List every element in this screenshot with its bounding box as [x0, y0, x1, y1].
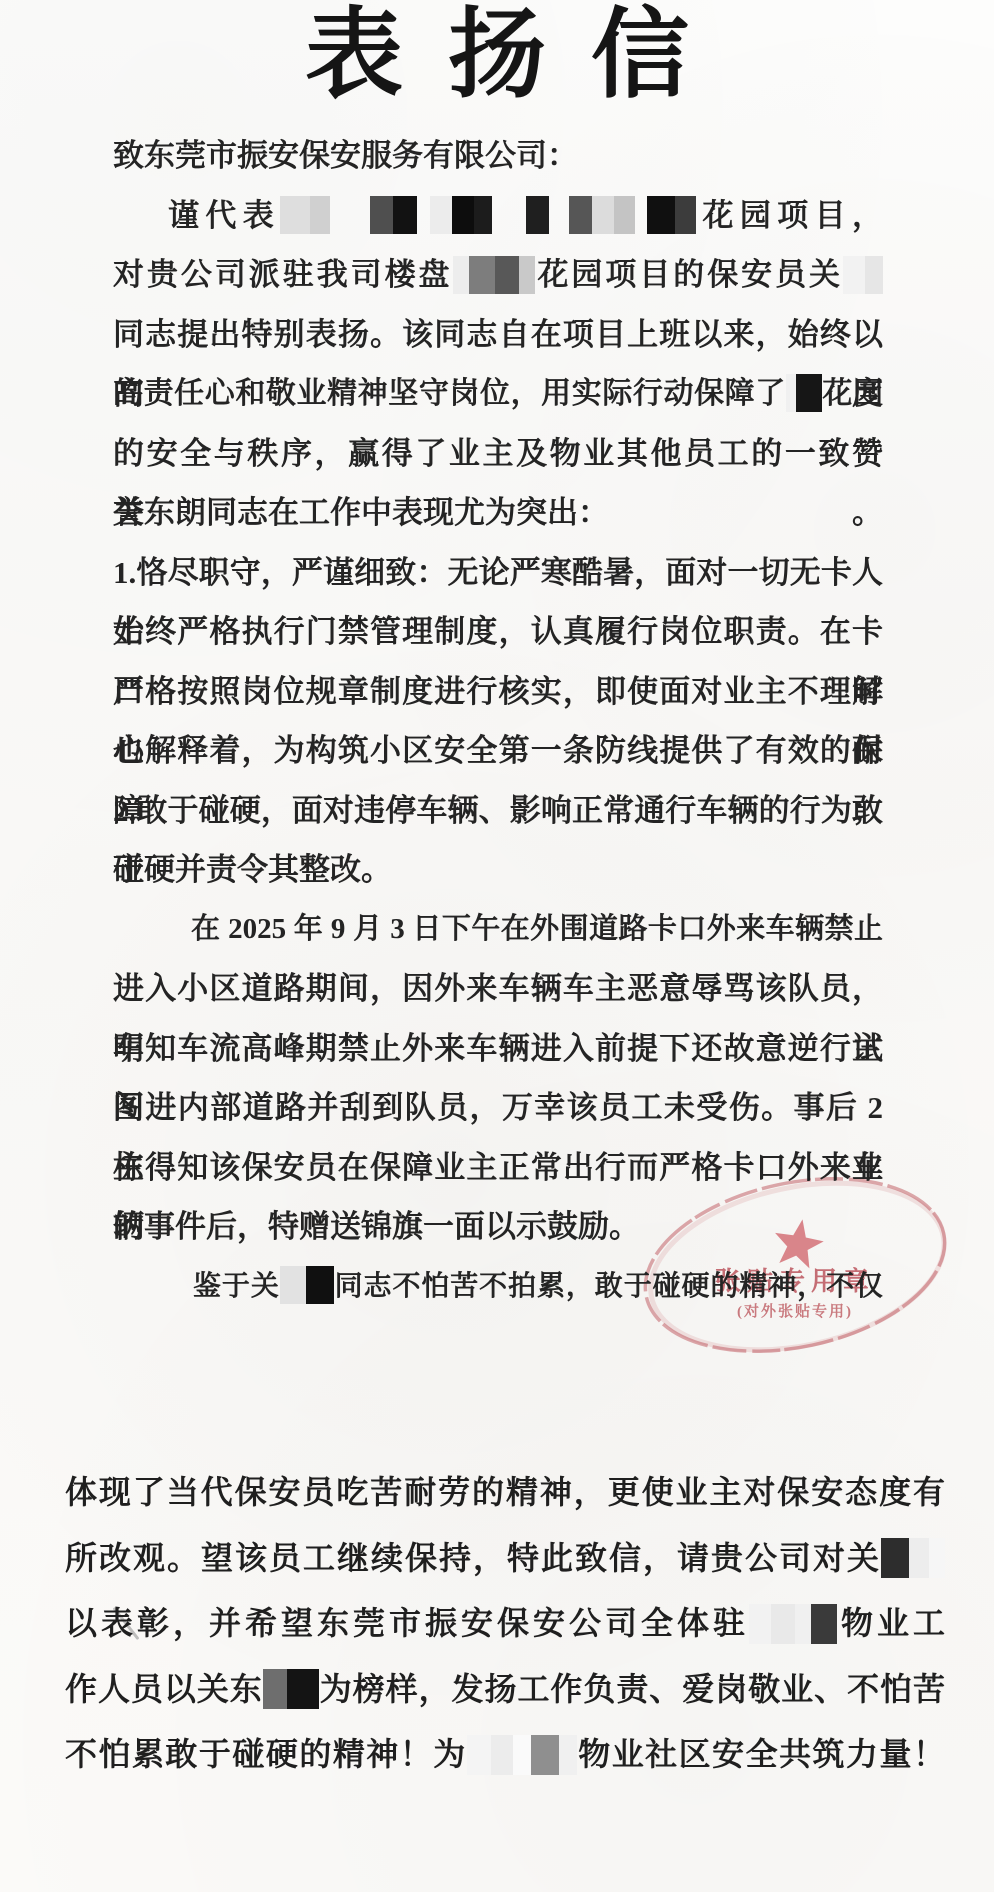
line-text: 在 2025 年 9 月 3 日下午在外围道路卡口外来车辆禁止 — [191, 913, 883, 945]
redaction-mosaic — [263, 1669, 319, 1709]
line-text: 关东朗同志在工作中表现尤为突出： — [113, 495, 609, 530]
line-text: 花园项目， — [696, 198, 883, 233]
line-text: 碰硬并责令其整改。 — [113, 852, 392, 887]
line-text: 花园 — [822, 377, 883, 410]
letter-line: 谨代表花园项目， — [113, 186, 883, 246]
letter-line: 不怕累敢于碰硬的精神！为物业社区安全共筑力量！ — [65, 1722, 945, 1788]
redaction-mosaic — [467, 1735, 577, 1775]
letter-line: 进入小区道路期间，因外来车辆车主恶意辱骂该队员，车主 — [113, 959, 883, 1019]
letter-line: 的事件后，特赠送锦旗一面以示鼓励。 — [113, 1197, 883, 1257]
line-text: 鉴于关 — [193, 1271, 280, 1302]
line-text: 谨代表 — [168, 198, 280, 233]
letter-line: 闯进内部道路并刮到队员，万幸该员工未受伤。事后 2 栋业 — [113, 1078, 883, 1138]
letter-line: 作人员以关东为榜样，发扬工作负责、爱岗敬业、不怕苦 — [65, 1657, 945, 1723]
line-text: 体现了当代保安员吃苦耐劳的精神，更使业主对保安态度有 — [65, 1474, 945, 1510]
line-text: 花园项目的保安员关 — [535, 257, 844, 292]
letter-line: 关东朗同志在工作中表现尤为突出： — [113, 483, 883, 543]
letter-line: 主得知该保安员在保障业主正常出行而严格卡口外来车辆 — [113, 1138, 883, 1198]
line-text: 对贵公司派驻我司楼盘 — [113, 257, 453, 292]
letter-line: 鉴于关同志不怕苦不拍累，敢于碰硬的精神，不仅 — [113, 1257, 883, 1317]
letter-line: 碰硬并责令其整改。 — [113, 840, 883, 900]
line-text: 为榜样，发扬工作负责、爱岗敬业、不怕苦 — [319, 1671, 945, 1707]
line-text: 致东莞市振安保安服务有限公司： — [113, 138, 578, 173]
letter-line: 在 2025 年 9 月 3 日下午在外围道路卡口外来车辆禁止 — [113, 900, 883, 960]
line-text: 以表彰，并希望东莞市振安保安公司全体驻 — [65, 1605, 749, 1641]
redaction-mosaic — [749, 1604, 837, 1644]
letter-line: 体现了当代保安员吃苦耐劳的精神，更使业主对保安态度有 — [65, 1460, 945, 1526]
line-text: 作人员以关东 — [65, 1671, 263, 1707]
letter-line: 心解释着，为构筑小区安全第一条防线提供了有效的保障； — [113, 721, 883, 781]
letter-bottom: 体现了当代保安员吃苦耐劳的精神，更使业主对保安态度有所改观。望该员工继续保持，特… — [65, 1460, 945, 1788]
redaction-mosaic — [280, 1266, 334, 1304]
line-text: 所改观。望该员工继续保持，特此致信，请贵公司对关 — [65, 1540, 881, 1576]
letter-line: 所改观。望该员工继续保持，特此致信，请贵公司对关 — [65, 1526, 945, 1592]
letter-title: 表扬信 — [0, 0, 994, 119]
line-text: 同志不怕苦不拍累，敢于碰硬的精神，不仅 — [334, 1271, 883, 1302]
letter-line: 严格按照岗位规章制度进行核实，即使面对业主不理解也耐 — [113, 662, 883, 722]
letter-page: 表扬信 张贴专用章 (对外张贴专用) 致东莞市振安保安服务有限公司：谨代表花园项… — [0, 0, 994, 1892]
redaction-mosaic — [786, 374, 822, 412]
letter-line: 始终严格执行门禁管理制度，认真履行岗位职责。在卡口时 — [113, 602, 883, 662]
redaction-mosaic — [453, 256, 535, 294]
line-text: 不怕累敢于碰硬的精神！为 — [65, 1736, 467, 1772]
line-text: 的责任心和敬业精神坚守岗位，用实际行动保障了 — [113, 377, 786, 410]
line-text: 的事件后，特赠送锦旗一面以示鼓励。 — [113, 1209, 640, 1244]
letter-line: 对贵公司派驻我司楼盘花园项目的保安员关 — [113, 245, 883, 305]
letter-line: 致东莞市振安保安服务有限公司： — [113, 126, 883, 186]
redaction-mosaic — [843, 256, 883, 294]
letter-line: 同志提出特别表扬。该同志自在项目上班以来，始终以高度 — [113, 305, 883, 365]
letter-line: 2.敢于碰硬，面对违停车辆、影响正常通行车辆的行为敢于 — [113, 781, 883, 841]
line-text: 物业工 — [837, 1605, 945, 1641]
letter-line: 以表彰，并希望东莞市振安保安公司全体驻物业工 — [65, 1591, 945, 1657]
redaction-mosaic — [881, 1538, 945, 1578]
letter-line: 1.恪尽职守，严谨细致：无论严寒酷暑，面对一切无卡人士 — [113, 543, 883, 603]
letter-line: 的责任心和敬业精神坚守岗位，用实际行动保障了花园 — [113, 364, 883, 424]
letter-line: 的安全与秩序，赢得了业主及物业其他员工的一致赞誉。 — [113, 424, 883, 484]
redaction-mosaic — [280, 196, 696, 234]
letter-line: 明知车流高峰期禁止外来车辆进入前提下还故意逆行试图 — [113, 1019, 883, 1079]
line-text: 物业社区安全共筑力量！ — [577, 1736, 945, 1772]
letter-body: 致东莞市振安保安服务有限公司：谨代表花园项目，对贵公司派驻我司楼盘花园项目的保安… — [113, 126, 883, 1316]
